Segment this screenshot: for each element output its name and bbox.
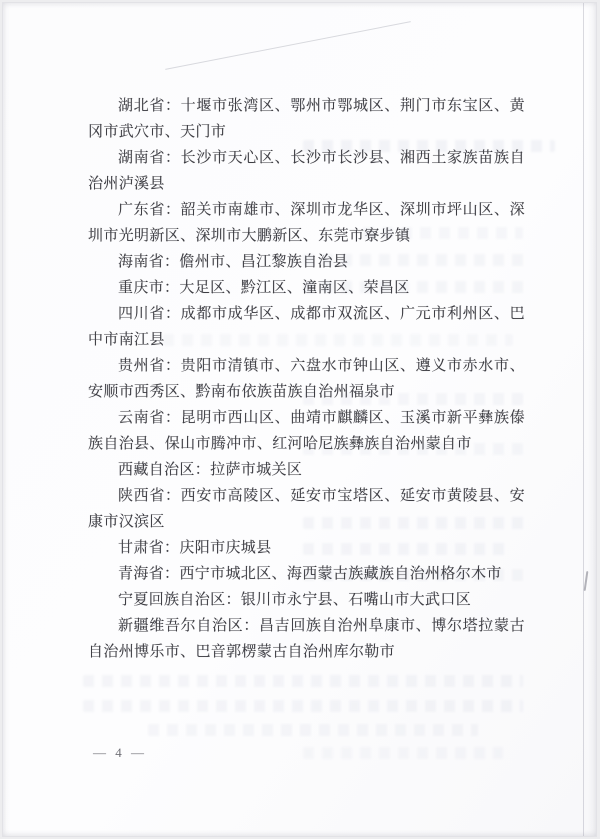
page-number: — 4 — bbox=[93, 745, 147, 761]
province-entry-sichuan: 四川省：成都市成华区、成都市双流区、广元市利州区、巴中市南江县 bbox=[88, 301, 525, 353]
document-body: 湖北省：十堰市张湾区、鄂州市鄂城区、荆门市东宝区、黄冈市武穴市、天门市 湖南省：… bbox=[88, 93, 525, 665]
bleedthrough-smudge bbox=[83, 675, 523, 687]
province-entry-yunnan: 云南省：昆明市西山区、曲靖市麒麟区、玉溪市新平彝族傣族自治县、保山市腾冲市、红河… bbox=[88, 405, 525, 457]
scanned-document: { "doc": { "paragraphs": [ "湖北省：十堰市张湾区、鄂… bbox=[0, 0, 600, 839]
scan-artifact-scratch bbox=[165, 21, 411, 70]
document-page: 湖北省：十堰市张湾区、鄂州市鄂城区、荆门市东宝区、黄冈市武穴市、天门市 湖南省：… bbox=[2, 2, 597, 837]
province-entry-shaanxi: 陕西省：西安市高陵区、延安市宝塔区、延安市黄陵县、安康市汉滨区 bbox=[88, 483, 525, 535]
province-entry-gansu: 甘肃省：庆阳市庆城县 bbox=[88, 535, 525, 561]
scan-artifact-speck bbox=[584, 571, 589, 591]
province-entry-xinjiang: 新疆维吾尔自治区：昌吉回族自治州阜康市、博尔塔拉蒙古自治州博乐市、巴音郭楞蒙古自… bbox=[88, 613, 525, 665]
province-entry-hainan: 海南省：儋州市、昌江黎族自治县 bbox=[88, 249, 525, 275]
province-entry-chongqing: 重庆市：大足区、黔江区、潼南区、荣昌区 bbox=[88, 275, 525, 301]
bleedthrough-smudge bbox=[148, 724, 478, 736]
bleedthrough-smudge bbox=[83, 700, 523, 712]
page-edge-line bbox=[583, 3, 584, 836]
bleedthrough-smudge bbox=[303, 747, 503, 759]
province-entry-ningxia: 宁夏回族自治区：银川市永宁县、石嘴山市大武口区 bbox=[88, 587, 525, 613]
province-entry-hubei: 湖北省：十堰市张湾区、鄂州市鄂城区、荆门市东宝区、黄冈市武穴市、天门市 bbox=[88, 93, 525, 145]
province-entry-hunan: 湖南省：长沙市天心区、长沙市长沙县、湘西土家族苗族自治州泸溪县 bbox=[88, 145, 525, 197]
province-entry-guizhou: 贵州省：贵阳市清镇市、六盘水市钟山区、遵义市赤水市、安顺市西秀区、黔南布依族苗族… bbox=[88, 353, 525, 405]
province-entry-guangdong: 广东省：韶关市南雄市、深圳市龙华区、深圳市坪山区、深圳市光明新区、深圳市大鹏新区… bbox=[88, 197, 525, 249]
province-entry-qinghai: 青海省：西宁市城北区、海西蒙古族藏族自治州格尔木市 bbox=[88, 561, 525, 587]
province-entry-xizang: 西藏自治区：拉萨市城关区 bbox=[88, 457, 525, 483]
